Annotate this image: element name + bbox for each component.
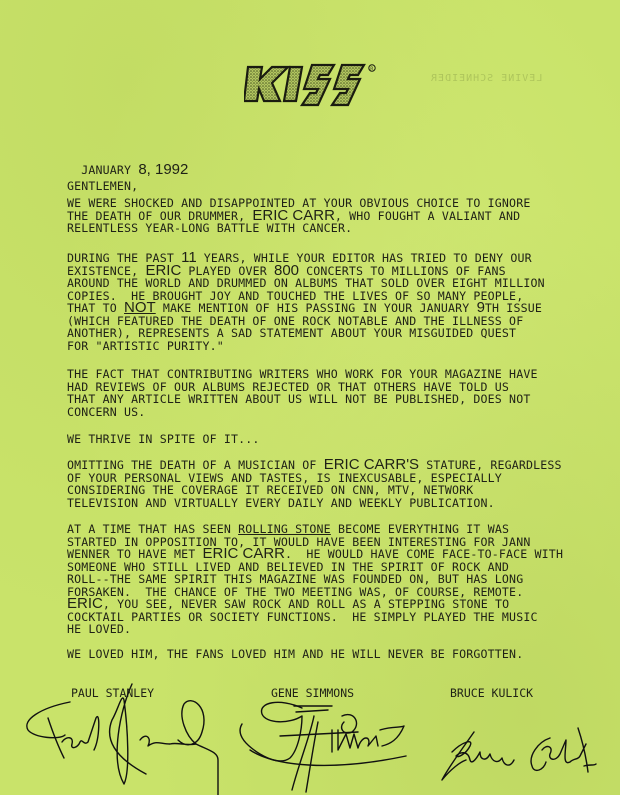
- paragraph-6-line: COCKTAIL PARTIES OR SOCIETY FUNCTIONS. H…: [67, 611, 538, 623]
- paragraph-2-line: AROUND THE WORLD AND DRUMMED ON ALBUMS T…: [67, 277, 545, 289]
- paragraph-6-line: FORSAKEN. THE CHANCE OF THE TWO MEETING …: [67, 586, 523, 598]
- paragraph-6-line: ROLL--THE SAME SPIRIT THIS MAGAZINE WAS …: [67, 573, 523, 585]
- paragraph-5-line: CONSIDERING THE COVERAGE IT RECEIVED ON …: [67, 484, 473, 496]
- paragraph-1-line: THE DEATH OF OUR DRUMMER, ERIC CARR, WHO…: [67, 210, 520, 222]
- paragraph-2-line: ANOTHER), REPRESENTS A SAD STATEMENT ABO…: [67, 327, 516, 339]
- paragraph-2-line: FOR "ARTISTIC PURITY.": [67, 340, 224, 352]
- closing-line: WE LOVED HIM, THE FANS LOVED HIM AND HE …: [67, 648, 523, 660]
- paragraph-4-line: WE THRIVE IN SPITE OF IT...: [67, 433, 260, 445]
- bruce-kulick-signature-icon: [420, 680, 620, 795]
- salutation: GENTLEMEN,: [67, 180, 138, 192]
- paragraph-6-line: SOMEONE WHO STILL LIVED AND BELIEVED IN …: [67, 561, 509, 573]
- paragraph-2-line: DURING THE PAST 11 YEARS, WHILE YOUR EDI…: [67, 252, 532, 264]
- paragraph-6-line: AT A TIME THAT HAS SEEN ROLLING STONE BE…: [67, 523, 509, 535]
- paragraph-2-line: (WHICH FEATURED THE DEATH OF ONE ROCK NO…: [67, 315, 523, 327]
- paragraph-6-line: WENNER TO HAVE MET ERIC CARR. HE WOULD H…: [67, 548, 563, 560]
- show-through-text: LEVINE SCHNEIDER: [430, 73, 542, 84]
- paragraph-3-line: CONCERN US.: [67, 406, 145, 418]
- paragraph-3-line: HAD REVIEWS OF OUR ALBUMS REJECTED OR TH…: [67, 381, 509, 393]
- date-text: JANUARY 8, 1992: [81, 163, 188, 177]
- paragraph-2-line: EXISTENCE, ERIC PLAYED OVER 800 CONCERTS…: [67, 265, 506, 277]
- letter-date: JANUARY 8, 1992: [67, 152, 188, 176]
- paragraph-3-line: THE FACT THAT CONTRIBUTING WRITERS WHO W…: [67, 368, 538, 380]
- kiss-logo-icon: R: [244, 61, 384, 107]
- paul-stanley-signature-icon: [0, 680, 250, 795]
- paragraph-5-line: TELEVISION AND VIRTUALLY EVERY DAILY AND…: [67, 497, 495, 509]
- paragraph-3-line: THAT ANY ARTICLE WRITTEN ABOUT US WILL N…: [67, 393, 530, 405]
- paragraph-6-line: STARTED IN OPPOSITION TO, IT WOULD HAVE …: [67, 536, 530, 548]
- paragraph-6-line: ERIC, YOU SEE, NEVER SAW ROCK AND ROLL A…: [67, 598, 509, 610]
- svg-text:R: R: [370, 66, 373, 72]
- paragraph-1-line: RELENTLESS YEAR-LONG BATTLE WITH CANCER.: [67, 222, 352, 234]
- paragraph-5-line: OF YOUR PERSONAL VIEWS AND TASTES, IS IN…: [67, 472, 502, 484]
- paragraph-5-line: OMITTING THE DEATH OF A MUSICIAN OF ERIC…: [67, 459, 562, 471]
- gene-simmons-signature-icon: [230, 680, 430, 795]
- paragraph-2-line: THAT TO NOT MAKE MENTION OF HIS PASSING …: [67, 302, 542, 314]
- paragraph-6-line: HE LOVED.: [67, 623, 131, 635]
